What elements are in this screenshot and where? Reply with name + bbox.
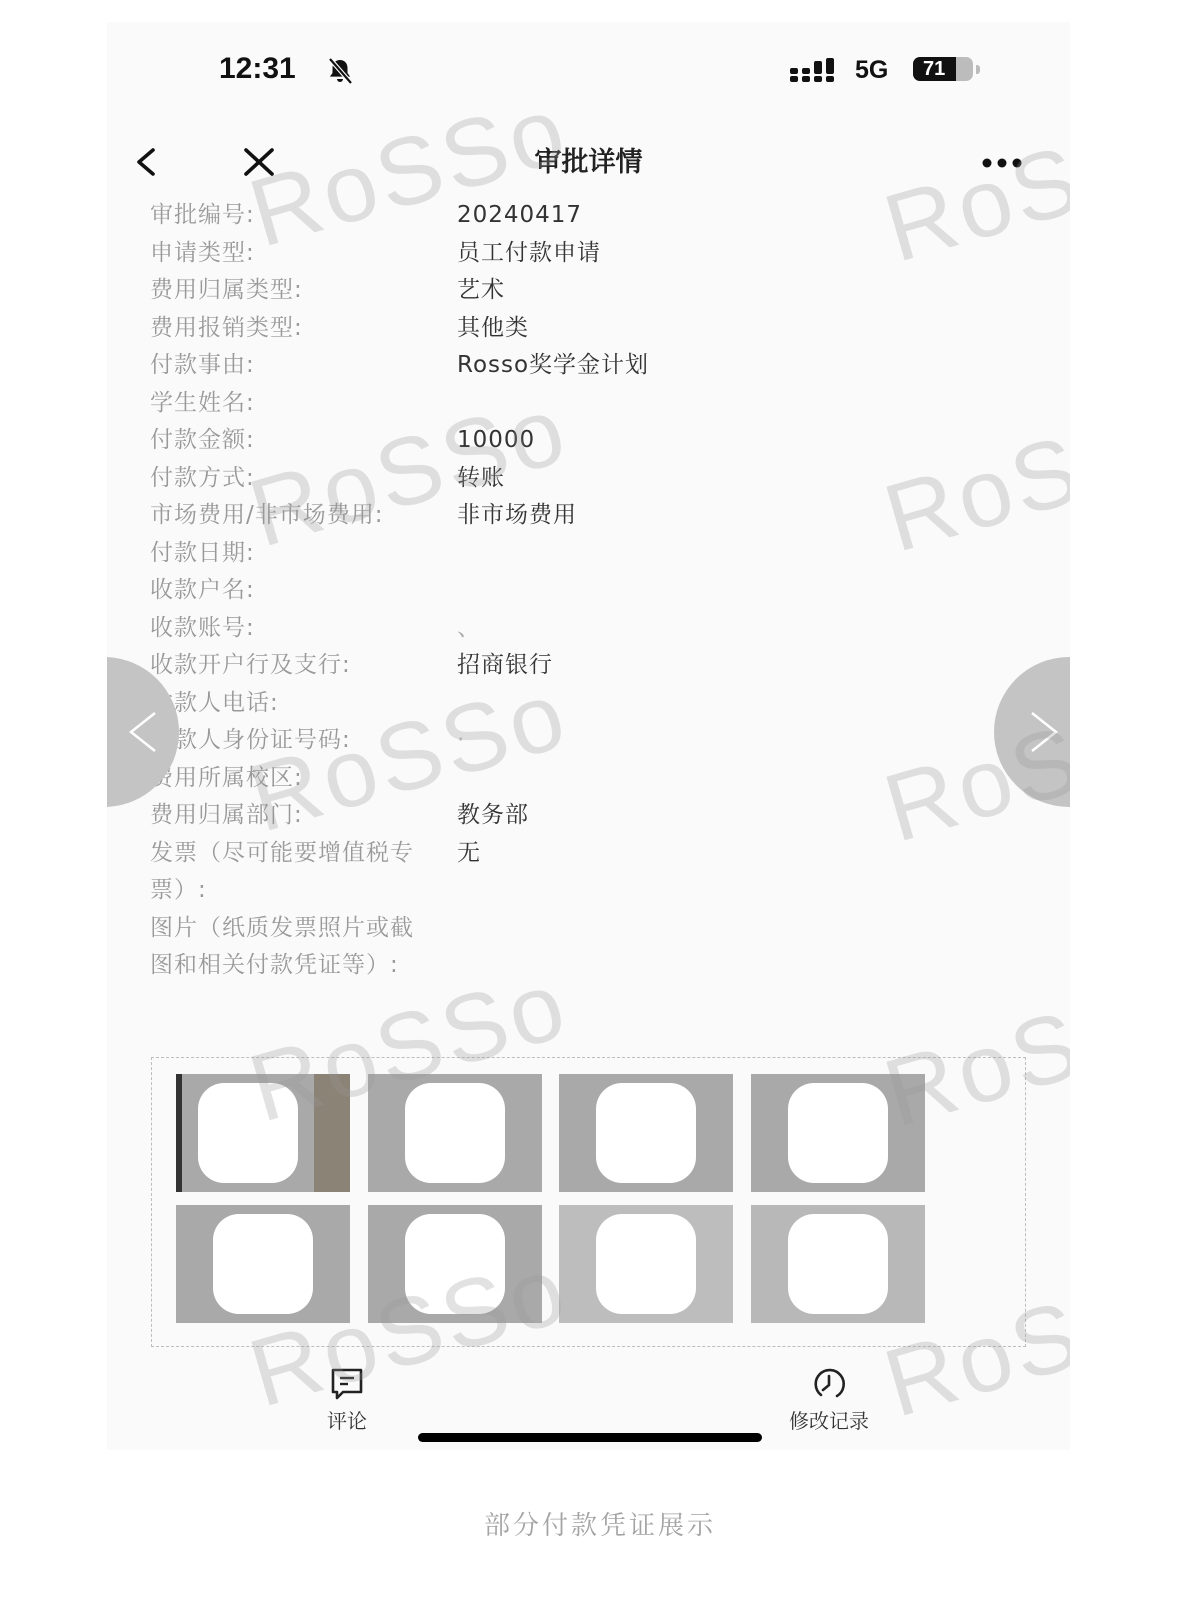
network-type: 5G — [855, 56, 888, 85]
more-dots-icon[interactable] — [977, 148, 1027, 178]
image-placeholder — [405, 1083, 505, 1183]
page-title-text: 审批详情 — [535, 147, 643, 178]
field-label: 收款人身份证号码: — [150, 722, 457, 760]
image-placeholder — [596, 1214, 696, 1314]
attachment-thumbnail[interactable] — [368, 1074, 542, 1192]
field-value: · — [457, 722, 1030, 760]
approval-details: 审批编号: 20240417 申请类型: 员工付款申请 费用归属类型: 艺术 费… — [150, 197, 1030, 985]
comment-label: 评论 — [287, 1405, 407, 1434]
page-title: 审批详情 — [107, 140, 1070, 179]
edit-history-button[interactable]: 修改记录 — [769, 1367, 889, 1434]
image-placeholder — [405, 1214, 505, 1314]
image-caption: 部分付款凭证展示 — [0, 1505, 1200, 1542]
field-label: 费用报销类型: — [150, 310, 457, 348]
field-payment-amount: 付款金额: 10000 — [150, 422, 1030, 460]
field-value: 转账 — [457, 460, 1030, 498]
field-label: 费用归属类型: — [150, 272, 457, 310]
image-placeholder — [788, 1083, 888, 1183]
field-student-name: 学生姓名: — [150, 385, 1030, 423]
field-label: 费用归属部门: — [150, 797, 457, 835]
field-value: 、 — [457, 610, 1030, 648]
attachment-thumbnail[interactable] — [751, 1074, 925, 1192]
attachment-thumbnail[interactable] — [559, 1205, 733, 1323]
status-bar: 12:31 5G 71 — [107, 22, 1070, 112]
nav-bar: 审批详情 — [107, 122, 1070, 202]
comment-icon — [329, 1367, 365, 1401]
field-payee-name: 收款户名: — [150, 572, 1030, 610]
image-placeholder — [788, 1214, 888, 1314]
field-label: 收款账号: — [150, 610, 457, 648]
field-payment-method: 付款方式: 转账 — [150, 460, 1030, 498]
field-value: 教务部 — [457, 797, 1030, 835]
field-label: 收款户名: — [150, 572, 457, 610]
field-payment-reason: 付款事由: Rosso奖学金计划 — [150, 347, 1030, 385]
attachment-thumbnail[interactable] — [751, 1205, 925, 1323]
battery-icon: 71 — [913, 57, 973, 81]
field-label: 审批编号: — [150, 197, 457, 235]
attachment-gallery — [151, 1057, 1026, 1347]
field-value: 员工付款申请 — [457, 235, 1030, 273]
clock: 12:31 — [219, 52, 296, 86]
field-label: 学生姓名: — [150, 385, 457, 423]
attachment-thumbnail[interactable] — [559, 1074, 733, 1192]
battery-nub — [976, 65, 980, 74]
field-payee-id-number: 收款人身份证号码: · — [150, 722, 1030, 760]
field-department: 费用归属部门: 教务部 — [150, 797, 1030, 835]
battery-level: 71 — [923, 57, 945, 81]
field-payee-bank: 收款开户行及支行: 招商银行 — [150, 647, 1030, 685]
field-value: 其他类 — [457, 310, 1030, 348]
attachment-thumbnail[interactable] — [368, 1205, 542, 1323]
attachment-thumbnail[interactable] — [176, 1205, 350, 1323]
field-label: 申请类型: — [150, 235, 457, 273]
signal-bars-icon — [790, 58, 842, 82]
field-label: 图片（纸质发票照片或截图和相关付款凭证等）: — [150, 910, 430, 985]
field-label: 付款日期: — [150, 535, 457, 573]
field-value: 无 — [457, 835, 1030, 873]
field-label: 收款人电话: — [150, 685, 457, 723]
clock-history-icon — [811, 1367, 847, 1401]
field-value: 非市场费用 — [457, 497, 1030, 535]
field-expense-category: 费用归属类型: 艺术 — [150, 272, 1030, 310]
home-indicator[interactable] — [418, 1433, 762, 1442]
chevron-right-icon — [1026, 707, 1062, 757]
field-approval-number: 审批编号: 20240417 — [150, 197, 1030, 235]
field-application-type: 申请类型: 员工付款申请 — [150, 235, 1030, 273]
field-value: 20240417 — [457, 197, 1030, 235]
field-payee-phone: 收款人电话: — [150, 685, 1030, 723]
edit-history-label: 修改记录 — [769, 1405, 889, 1434]
phone-screen: RoSSo RoSSo RoSSo RoSSo RoSSo RoSSo RoSS… — [107, 22, 1070, 1450]
field-label: 付款方式: — [150, 460, 457, 498]
field-payment-date: 付款日期: — [150, 535, 1030, 573]
bell-slash-icon — [325, 56, 355, 86]
field-value: Rosso奖学金计划 — [457, 347, 1030, 385]
field-reimbursement-type: 费用报销类型: 其他类 — [150, 310, 1030, 348]
field-market-expense: 市场费用/非市场费用: 非市场费用 — [150, 497, 1030, 535]
field-value: 艺术 — [457, 272, 1030, 310]
field-label: 市场费用/非市场费用: — [150, 497, 410, 535]
field-campus: 费用所属校区: — [150, 760, 1030, 798]
field-invoice: 发票（尽可能要增值税专票）: 无 — [150, 835, 1030, 910]
field-value: 10000 — [457, 422, 1030, 460]
field-value: 招商银行 — [457, 647, 1030, 685]
comment-button[interactable]: 评论 — [287, 1367, 407, 1434]
field-payee-account: 收款账号: 、 — [150, 610, 1030, 648]
field-images: 图片（纸质发票照片或截图和相关付款凭证等）: — [150, 910, 1030, 985]
image-placeholder — [198, 1083, 298, 1183]
field-label: 发票（尽可能要增值税专票）: — [150, 835, 430, 910]
field-label: 收款开户行及支行: — [150, 647, 457, 685]
image-placeholder — [213, 1214, 313, 1314]
chevron-left-icon — [125, 707, 161, 757]
field-label: 付款事由: — [150, 347, 457, 385]
field-label: 付款金额: — [150, 422, 457, 460]
image-placeholder — [596, 1083, 696, 1183]
attachment-thumbnail[interactable] — [176, 1074, 350, 1192]
field-label: 费用所属校区: — [150, 760, 457, 798]
